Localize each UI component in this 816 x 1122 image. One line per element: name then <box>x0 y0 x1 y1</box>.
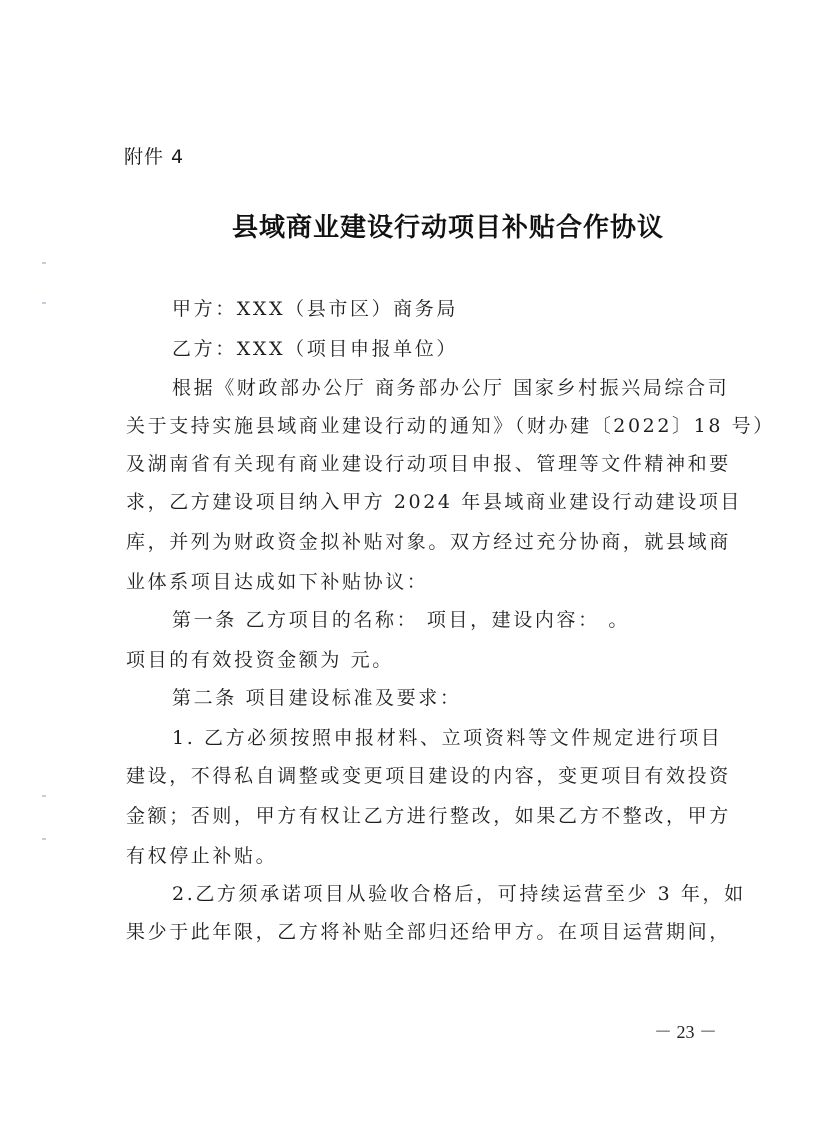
scan-artifact <box>42 262 46 264</box>
article-1-line: 第一条 乙方项目的名称： 项目，建设内容： 。 <box>172 608 762 632</box>
document-title: 县域商业建设行动项目补贴合作协议 <box>232 207 664 244</box>
item-2-line: 2.乙方须承诺项目从验收合格后，可持续运营至少 3 年，如 <box>172 882 762 906</box>
party-b: 乙方：XXX（项目申报单位） <box>172 337 762 361</box>
scan-artifact <box>42 795 46 797</box>
article-2-heading: 第二条 项目建设标准及要求： <box>172 686 762 710</box>
scan-artifact <box>42 838 46 840</box>
scan-artifact <box>42 302 46 304</box>
item-1-line: 有权停止补贴。 <box>126 844 716 868</box>
preamble-line: 关于支持实施县域商业建设行动的通知》（财办建〔2022〕18 号） <box>126 414 716 438</box>
preamble-line: 业体系项目达成如下补贴协议： <box>126 570 716 594</box>
item-1-line: 金额；否则，甲方有权让乙方进行整改，如果乙方不整改，甲方 <box>126 804 716 828</box>
preamble-line: 根据《财政部办公厅 商务部办公厅 国家乡村振兴局综合司 <box>172 376 762 400</box>
preamble-line: 及湖南省有关现有商业建设行动项目申报、管理等文件精神和要 <box>126 452 716 476</box>
party-a: 甲方：XXX（县市区）商务局 <box>172 297 762 321</box>
page-number: － 23 － <box>654 1018 717 1044</box>
preamble-line: 库，并列为财政资金拟补贴对象。双方经过充分协商，就县域商 <box>126 530 716 554</box>
preamble-line: 求，乙方建设项目纳入甲方 2024 年县域商业建设行动建设项目 <box>126 490 716 514</box>
document-page: 附件 4 县域商业建设行动项目补贴合作协议 甲方：XXX（县市区）商务局 乙方：… <box>0 0 816 1122</box>
article-1-line: 项目的有效投资金额为 元。 <box>126 648 716 672</box>
item-1-line: 1. 乙方必须按照申报材料、立项资料等文件规定进行项目 <box>172 726 762 750</box>
item-1-line: 建设，不得私自调整或变更项目建设的内容，变更项目有效投资 <box>126 764 716 788</box>
attachment-label: 附件 4 <box>124 142 184 169</box>
item-2-line: 果少于此年限，乙方将补贴全部归还给甲方。在项目运营期间， <box>126 920 716 944</box>
